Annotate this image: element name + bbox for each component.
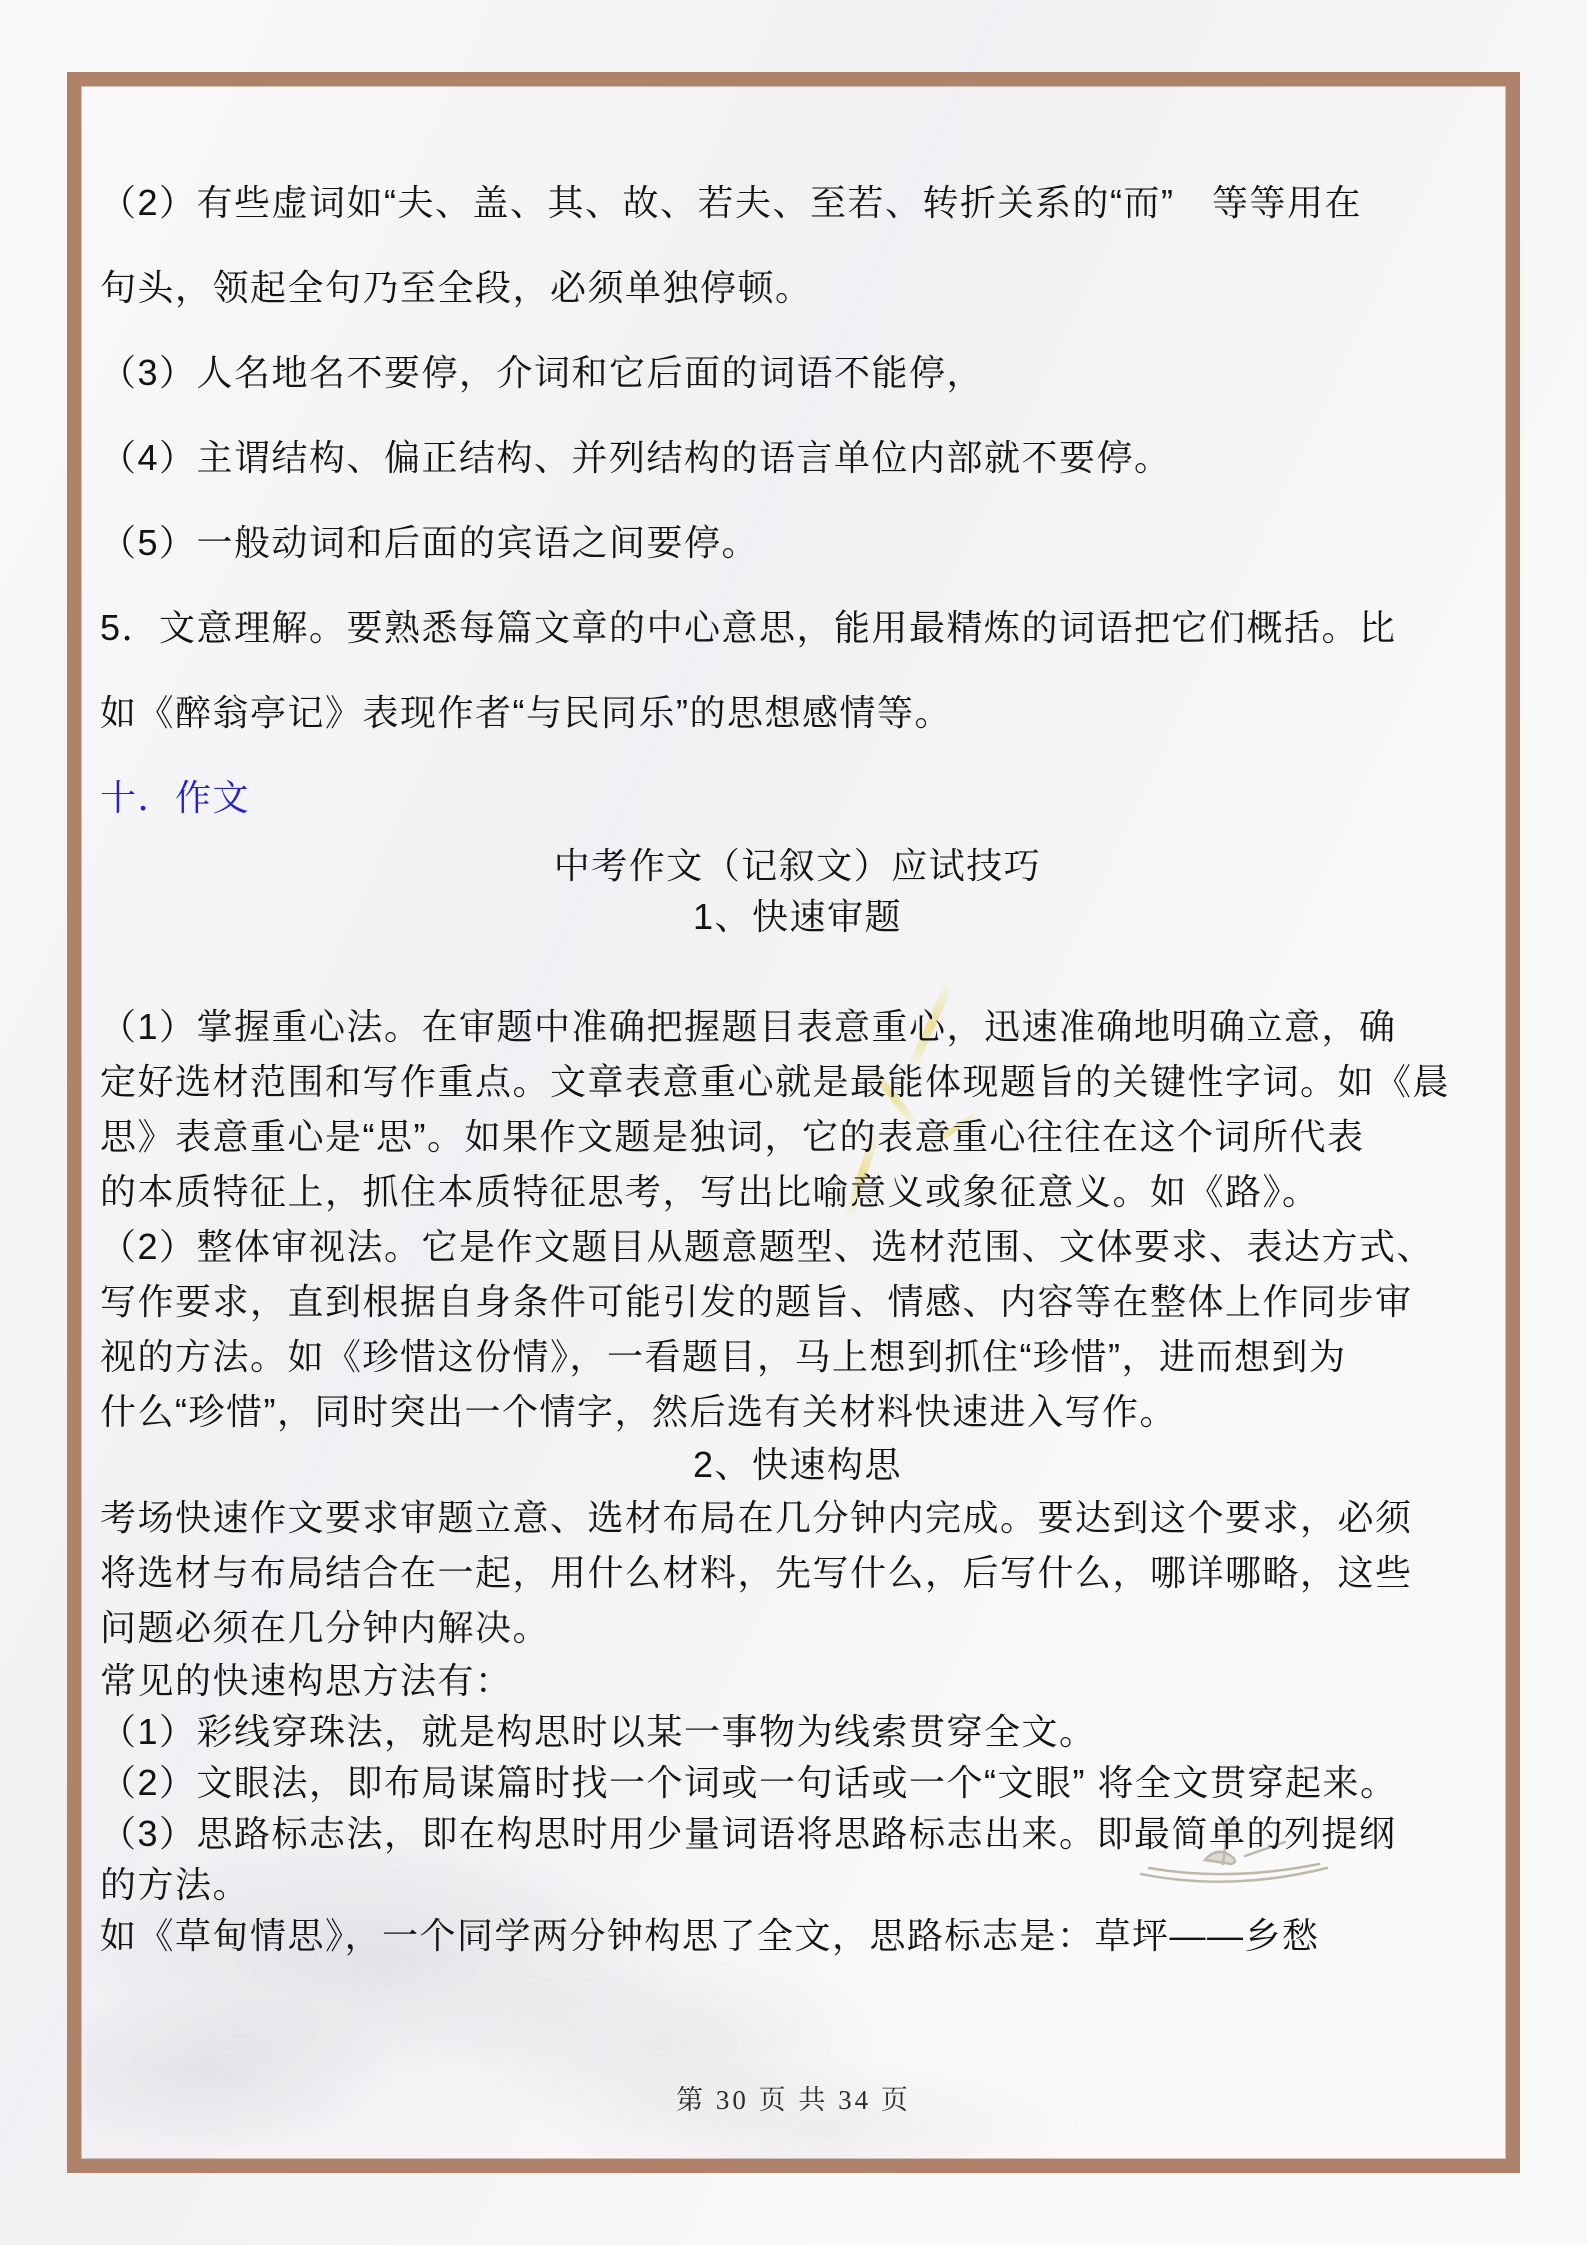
document-content: （2）有些虚词如“夫、盖、其、故、若夫、至若、转折关系的“而” 等等用在 句头，…	[100, 160, 1495, 1961]
page: { "theme": { "paper_color": "#f4f4f6", "…	[0, 0, 1587, 2245]
subtitle-quick-outline: 2、快速构思	[100, 1439, 1495, 1490]
method-item: （1）彩线穿珠法，就是构思时以某一事物为线索贯穿全文。	[100, 1706, 1495, 1757]
pause-rule-item: （5）一般动词和后面的宾语之间要停。	[100, 500, 1495, 585]
paragraph: （2）整体审视法。它是作文题目从题意题型、选材范围、文体要求、表达方式、 写作要…	[100, 1219, 1495, 1439]
pause-rule-item: （4）主谓结构、偏正结构、并列结构的语言单位内部就不要停。	[100, 415, 1495, 500]
essay-title: 中考作文（记叙文）应试技巧	[100, 840, 1495, 891]
method-item: （3）思路标志法，即在构思时用少量词语将思路标志出来。即最简单的列提纲 的方法。	[100, 1808, 1495, 1910]
quick-outline-methods: 常见的快速构思方法有： （1）彩线穿珠法，就是构思时以某一事物为线索贯穿全文。 …	[100, 1655, 1495, 1961]
subtitle-quick-topic-review: 1、快速审题	[100, 891, 1495, 942]
pause-rule-item: （2）有些虚词如“夫、盖、其、故、若夫、至若、转折关系的“而” 等等用在 句头，…	[100, 160, 1495, 330]
method-item: （2）文眼法，即布局谋篇时找一个词或一句话或一个“文眼” 将全文贯穿起来。	[100, 1757, 1495, 1808]
pause-rule-item: 5．文意理解。要熟悉每篇文章的中心意思，能用最精炼的词语把它们概括。比 如《醉翁…	[100, 585, 1495, 755]
quick-topic-review-paragraphs: （1）掌握重心法。在审题中准确把握题目表意重心，迅速准确地明确立意，确 定好选材…	[100, 999, 1495, 1439]
methods-lead: 常见的快速构思方法有：	[100, 1655, 1495, 1706]
paragraph: 考场快速作文要求审题立意、选材布局在几分钟内完成。要达到这个要求，必须 将选材与…	[100, 1490, 1495, 1655]
page-number-footer: 第 30 页 共 34 页	[0, 2078, 1587, 2117]
pause-rule-item: （3）人名地名不要停，介词和它后面的词语不能停，	[100, 330, 1495, 415]
example-sentence: 如《草甸情思》，一个同学两分钟构思了全文，思路标志是：草坪——乡愁	[100, 1910, 1495, 1961]
section-heading-essay: 十．作文	[100, 755, 1495, 840]
paragraph: （1）掌握重心法。在审题中准确把握题目表意重心，迅速准确地明确立意，确 定好选材…	[100, 999, 1495, 1219]
pause-rules-section: （2）有些虚词如“夫、盖、其、故、若夫、至若、转折关系的“而” 等等用在 句头，…	[100, 160, 1495, 755]
